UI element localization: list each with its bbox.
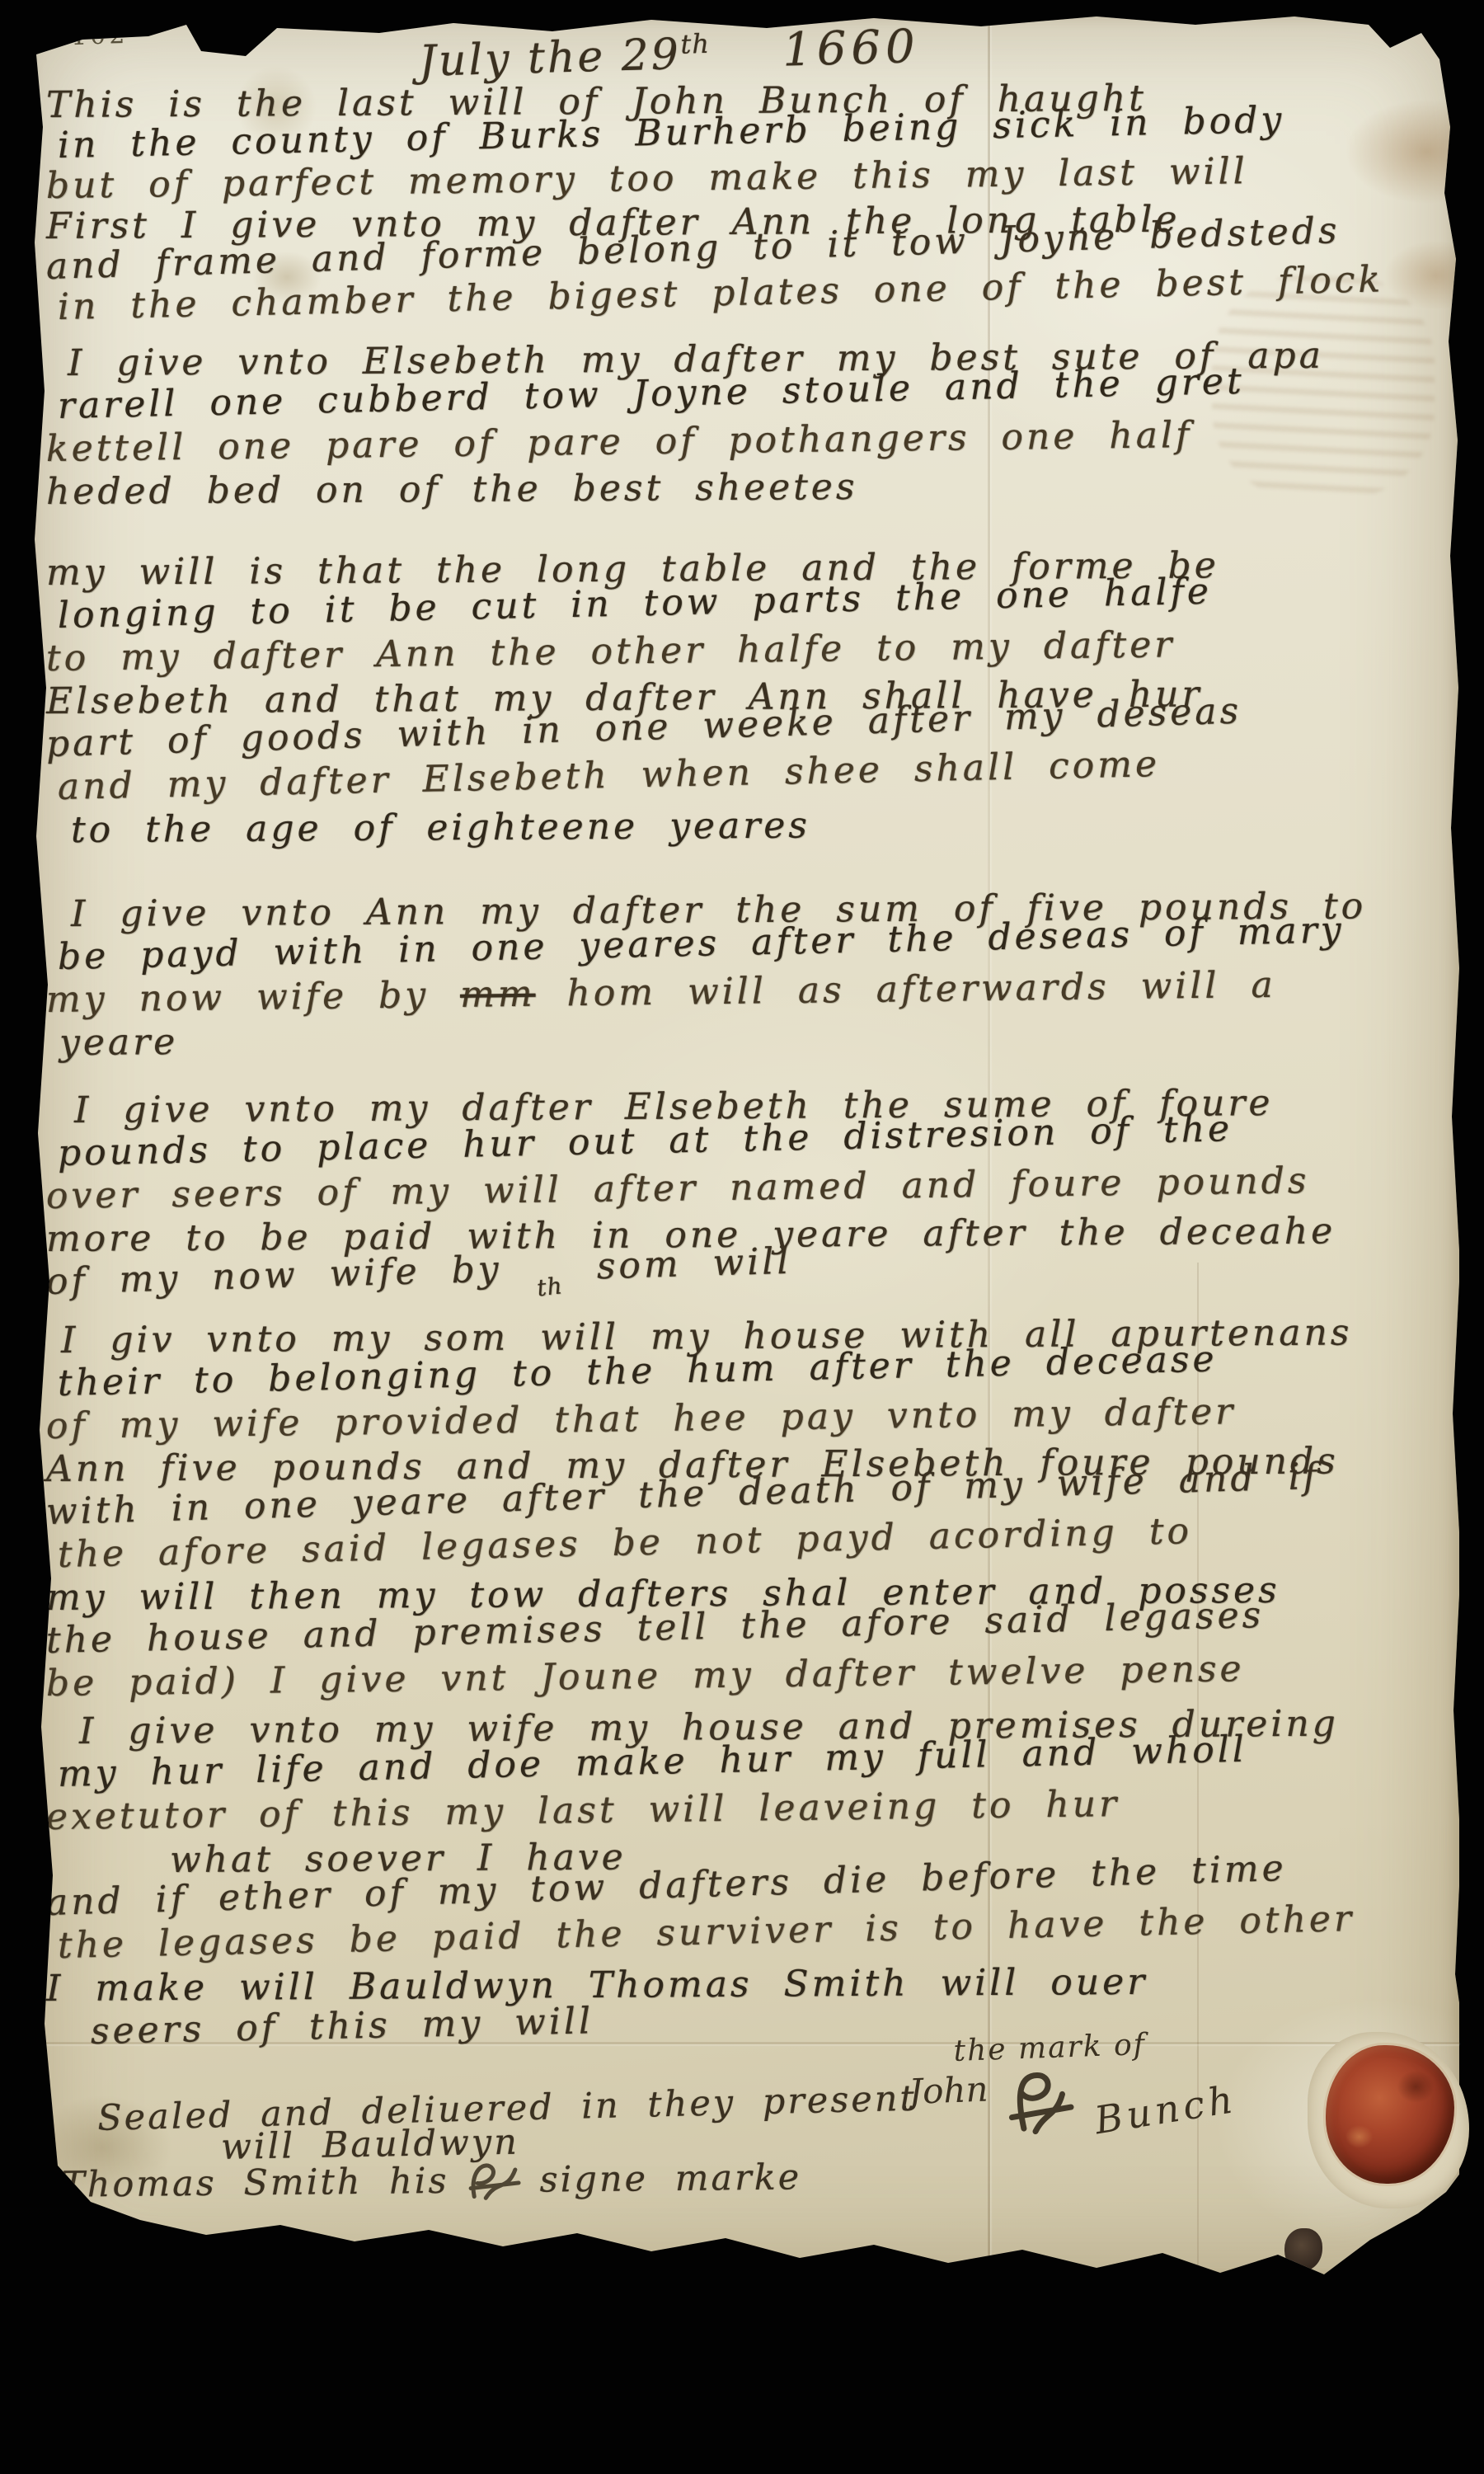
manuscript-line: to the age of eighteene yeares (71, 801, 1439, 852)
line-text: to the age of eighteene yeares (71, 805, 810, 851)
date-ordinal: th (680, 28, 711, 60)
manuscript-text: July the 29th1660 This is the last will … (46, 25, 1439, 2222)
paragraph: I giv vnto my som will my house with all… (46, 1319, 1439, 1705)
paragraph: I give vnto my wife my house and premise… (46, 1710, 1439, 2053)
struck-word: mm (460, 973, 536, 1016)
line-text: my now wife by (46, 974, 461, 1021)
will-body: This is the last will of John Bunch of h… (46, 85, 1439, 2053)
paragraph: I give vnto Elsebeth my dafter my best s… (46, 342, 1439, 514)
paragraph: This is the last will of John Bunch of h… (46, 85, 1439, 327)
date-year: 1660 (782, 20, 920, 78)
photo-black-background: 102 July the 29th1660 This is the last w… (0, 0, 1484, 2474)
manuscript-line: yeare (59, 1014, 1439, 1065)
paragraph: my will is that the long table and the f… (46, 552, 1439, 852)
line-text: heded bed on of the best sheetes (46, 466, 858, 513)
testator-given-name: John (908, 2069, 989, 2112)
manuscript-line: heded bed on of the best sheetes (46, 463, 1439, 514)
john-bunch-mark-icon (1001, 2066, 1082, 2138)
thomas-smith-mark-icon (463, 2155, 525, 2207)
date-text: July the 29 (418, 30, 681, 87)
line-text: som will (565, 1240, 792, 1289)
testator-signature: the mark of John Bunch (907, 2025, 1238, 2141)
inserted-word: th (534, 1264, 565, 1310)
paragraph: I give vnto my dafter Elsebeth the sume … (46, 1089, 1439, 1308)
ink-stain (1284, 2228, 1322, 2271)
line-text: hom will as afterwards will a (535, 964, 1276, 1015)
manuscript-paper: 102 July the 29th1660 This is the last w… (25, 12, 1459, 2286)
paragraph: I give vnto Ann my dafter the sum of fiv… (46, 893, 1439, 1065)
witness-mark-caption: signe marke (539, 2157, 801, 2200)
signature-block: Sealed and deliuered in they present wil… (46, 2081, 1439, 2222)
line-text: yeare (59, 1021, 179, 1064)
witness-name: Thomas Smith his (61, 2161, 449, 2206)
